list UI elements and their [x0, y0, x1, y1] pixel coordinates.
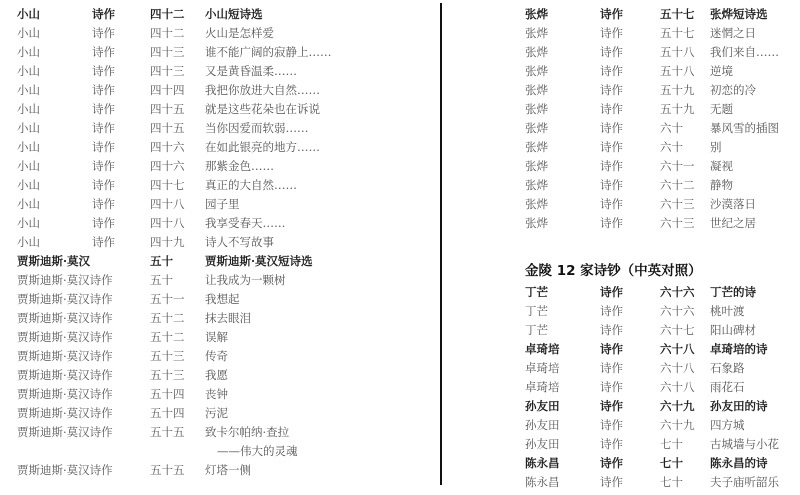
toc-row: 小山诗作四十四我把你放进大自然…… [17, 81, 417, 100]
page-number: 七十 [660, 435, 683, 454]
title-cell: 真正的大自然…… [205, 176, 297, 195]
page-number: 五十三 [150, 347, 185, 366]
work-cell: 诗作 [92, 100, 115, 119]
toc-row: 小山诗作四十二火山是怎样爱 [17, 24, 417, 43]
title-cell: 阳山碑材 [710, 321, 756, 340]
title-cell: 误解 [205, 328, 228, 347]
toc-row: 小山诗作四十七真正的大自然…… [17, 176, 417, 195]
toc-row: 张烨诗作五十八我们来自…… [525, 43, 800, 62]
toc-row: 丁芒诗作六十六桃叶渡 [525, 302, 800, 321]
work-cell: 诗作 [600, 81, 623, 100]
toc-row: 贾斯迪斯·莫汉诗作五十二抹去眼泪 [17, 309, 417, 328]
page-number: 五十八 [660, 43, 695, 62]
author-cell: 张烨 [525, 100, 548, 119]
page-number: 七十 [660, 473, 683, 492]
page-number: 五十二 [150, 328, 185, 347]
page-number: 五十七 [660, 24, 695, 43]
author-cell: 贾斯迪斯·莫汉诗作 [17, 309, 113, 328]
page-number: 五十 [150, 271, 173, 290]
toc-row: 贾斯迪斯·莫汉诗作五十让我成为一颗树 [17, 271, 417, 290]
page-number: 六十二 [660, 176, 695, 195]
title-cell: 孙友田的诗 [710, 397, 768, 416]
title-cell: 贾斯迪斯·莫汉短诗选 [205, 252, 313, 271]
work-cell: 诗作 [600, 283, 623, 302]
title-cell: 谁不能广阔的寂静上…… [205, 43, 332, 62]
work-cell: 诗作 [92, 157, 115, 176]
work-cell: 诗作 [600, 454, 623, 473]
title-cell: 传奇 [205, 347, 228, 366]
toc-row: 小山诗作四十九诗人不写故事 [17, 233, 417, 252]
title-cell: 别 [710, 138, 722, 157]
work-cell: 诗作 [600, 195, 623, 214]
toc-row: 贾斯迪斯·莫汉诗作五十四污泥 [17, 404, 417, 423]
page-number: 六十 [660, 138, 683, 157]
title-cell: 迷惘之日 [710, 24, 756, 43]
author-cell: 张烨 [525, 81, 548, 100]
title-cell: 桃叶渡 [710, 302, 745, 321]
author-cell: 丁芒 [525, 321, 548, 340]
title-cell: 卓琦培的诗 [710, 340, 768, 359]
work-cell: 诗作 [600, 378, 623, 397]
title-cell: 污泥 [205, 404, 228, 423]
toc-row: 孙友田诗作七十古城墙与小花 [525, 435, 800, 454]
page-number: 四十四 [150, 81, 185, 100]
page-number: 五十九 [660, 81, 695, 100]
author-cell: 孙友田 [525, 435, 560, 454]
work-cell: 诗作 [92, 5, 115, 24]
page-number: 五十三 [150, 366, 185, 385]
page-number: 六十九 [660, 416, 695, 435]
author-cell: 张烨 [525, 195, 548, 214]
title-cell: 静物 [710, 176, 733, 195]
toc-row: 张烨诗作六十一凝视 [525, 157, 800, 176]
work-cell: 诗作 [600, 24, 623, 43]
work-cell: 诗作 [600, 473, 623, 492]
author-cell: 孙友田 [525, 397, 560, 416]
author-cell: 贾斯迪斯·莫汉诗作 [17, 461, 113, 480]
author-cell: 小山 [17, 24, 40, 43]
page-number: 四十二 [150, 24, 185, 43]
section-jinling: 丁芒诗作六十六丁芒的诗丁芒诗作六十六桃叶渡丁芒诗作六十七阳山碑材卓琦培诗作六十八… [525, 283, 800, 492]
author-cell: 陈永昌 [525, 454, 560, 473]
toc-row: 张烨诗作六十别 [525, 138, 800, 157]
work-cell: 诗作 [600, 435, 623, 454]
title-cell: 四方城 [710, 416, 745, 435]
page-number: 五十四 [150, 385, 185, 404]
title-cell: 暴风雪的插图 [710, 119, 779, 138]
work-cell: 诗作 [600, 157, 623, 176]
author-cell: 贾斯迪斯·莫汉诗作 [17, 347, 113, 366]
title-cell: 逆境 [710, 62, 733, 81]
title-cell: 那紫金色…… [205, 157, 274, 176]
title-cell: 抹去眼泪 [205, 309, 251, 328]
page-number: 六十八 [660, 378, 695, 397]
title-cell: 火山是怎样爱 [205, 24, 274, 43]
toc-section-row: 丁芒诗作六十六丁芒的诗 [525, 283, 800, 302]
author-cell: 小山 [17, 5, 40, 24]
author-cell: 小山 [17, 195, 40, 214]
toc-row: 孙友田诗作六十九四方城 [525, 416, 800, 435]
toc-row: 小山诗作四十八园子里 [17, 195, 417, 214]
author-cell: 小山 [17, 119, 40, 138]
title-cell: 我享受春天…… [205, 214, 286, 233]
page-number: 六十八 [660, 340, 695, 359]
author-cell: 张烨 [525, 214, 548, 233]
toc-row: 贾斯迪斯·莫汉诗作五十五致卡尔帕纳·查拉 [17, 423, 417, 442]
page-number: 四十八 [150, 214, 185, 233]
toc-row: 卓琦培诗作六十八雨花石 [525, 378, 800, 397]
work-cell: 诗作 [92, 43, 115, 62]
title-cell: 初恋的冷 [710, 81, 756, 100]
section-zhang-ye: 张烨诗作五十七张烨短诗选张烨诗作五十七迷惘之日张烨诗作五十八我们来自……张烨诗作… [525, 5, 800, 233]
author-cell: 小山 [17, 176, 40, 195]
page-number: 五十五 [150, 461, 185, 480]
title-cell: 又是黄昏温柔…… [205, 62, 297, 81]
author-cell: 贾斯迪斯·莫汉诗作 [17, 385, 113, 404]
title-cell: ——伟大的灵魂 [217, 442, 298, 461]
page-number: 六十六 [660, 302, 695, 321]
work-cell: 诗作 [600, 321, 623, 340]
title-cell: 石象路 [710, 359, 745, 378]
page-number: 五十 [150, 252, 173, 271]
title-cell: 凝视 [710, 157, 733, 176]
author-cell: 张烨 [525, 176, 548, 195]
toc-row: 贾斯迪斯·莫汉诗作五十四丧钟 [17, 385, 417, 404]
title-cell: 我把你放进大自然…… [205, 81, 320, 100]
author-cell: 张烨 [525, 138, 548, 157]
page-number: 五十一 [150, 290, 185, 309]
author-cell: 卓琦培 [525, 359, 560, 378]
author-cell: 小山 [17, 81, 40, 100]
toc-row: 贾斯迪斯·莫汉诗作五十二误解 [17, 328, 417, 347]
toc-row: 贾斯迪斯·莫汉诗作五十一我想起 [17, 290, 417, 309]
author-cell: 小山 [17, 233, 40, 252]
page-number: 七十 [660, 454, 683, 473]
title-cell: 无题 [710, 100, 733, 119]
author-cell: 贾斯迪斯·莫汉 [17, 252, 90, 271]
page-number: 六十一 [660, 157, 695, 176]
work-cell: 诗作 [92, 138, 115, 157]
work-cell: 诗作 [600, 340, 623, 359]
author-cell: 贾斯迪斯·莫汉诗作 [17, 290, 113, 309]
toc-row: 陈永昌诗作七十夫子庙听韶乐 [525, 473, 800, 492]
toc-section-row: 贾斯迪斯·莫汉五十贾斯迪斯·莫汉短诗选 [17, 252, 417, 271]
title-cell: 我愿 [205, 366, 228, 385]
toc-section-row: 小山诗作四十二小山短诗选 [17, 5, 417, 24]
title-cell: 园子里 [205, 195, 240, 214]
page-number: 六十 [660, 119, 683, 138]
title-cell: 小山短诗选 [205, 5, 263, 24]
author-cell: 孙友田 [525, 416, 560, 435]
toc-row: 张烨诗作六十三世纪之居 [525, 214, 800, 233]
title-cell: 世纪之居 [710, 214, 756, 233]
author-cell: 张烨 [525, 24, 548, 43]
toc-row: 张烨诗作六十三沙漠落日 [525, 195, 800, 214]
page-number: 六十三 [660, 214, 695, 233]
author-cell: 小山 [17, 100, 40, 119]
title-cell: 沙漠落日 [710, 195, 756, 214]
toc-row: 小山诗作四十三又是黄昏温柔…… [17, 62, 417, 81]
title-cell: 张烨短诗选 [710, 5, 768, 24]
toc-row: 小山诗作四十六那紫金色…… [17, 157, 417, 176]
work-cell: 诗作 [600, 43, 623, 62]
title-cell: 丁芒的诗 [710, 283, 756, 302]
title-cell: 让我成为一颗树 [205, 271, 286, 290]
page-number: 五十四 [150, 404, 185, 423]
toc-row: 小山诗作四十六在如此银亮的地方…… [17, 138, 417, 157]
title-cell: 丧钟 [205, 385, 228, 404]
author-cell: 贾斯迪斯·莫汉诗作 [17, 404, 113, 423]
work-cell: 诗作 [92, 176, 115, 195]
page-number: 六十三 [660, 195, 695, 214]
author-cell: 张烨 [525, 62, 548, 81]
author-cell: 丁芒 [525, 302, 548, 321]
author-cell: 张烨 [525, 5, 548, 24]
author-cell: 贾斯迪斯·莫汉诗作 [17, 271, 113, 290]
title-cell: 当你因爱而软弱…… [205, 119, 309, 138]
page-number: 四十九 [150, 233, 185, 252]
right-column: 张烨诗作五十七张烨短诗选张烨诗作五十七迷惘之日张烨诗作五十八我们来自……张烨诗作… [525, 5, 800, 492]
page-number: 四十六 [150, 157, 185, 176]
title-cell: 我想起 [205, 290, 240, 309]
work-cell: 诗作 [600, 397, 623, 416]
column-divider [440, 3, 442, 485]
work-cell: 诗作 [92, 195, 115, 214]
toc-row: 张烨诗作五十七迷惘之日 [525, 24, 800, 43]
toc-row: ——伟大的灵魂 [17, 442, 417, 461]
page-number: 四十二 [150, 5, 185, 24]
toc-row: 小山诗作四十三谁不能广阔的寂静上…… [17, 43, 417, 62]
page-number: 四十六 [150, 138, 185, 157]
work-cell: 诗作 [600, 119, 623, 138]
work-cell: 诗作 [600, 359, 623, 378]
work-cell: 诗作 [600, 62, 623, 81]
title-cell: 诗人不写故事 [205, 233, 274, 252]
title-cell: 古城墙与小花 [710, 435, 779, 454]
author-cell: 小山 [17, 214, 40, 233]
page-number: 六十九 [660, 397, 695, 416]
work-cell: 诗作 [92, 119, 115, 138]
page-number: 四十七 [150, 176, 185, 195]
work-cell: 诗作 [600, 302, 623, 321]
author-cell: 张烨 [525, 119, 548, 138]
toc-row: 张烨诗作五十九无题 [525, 100, 800, 119]
toc-row: 小山诗作四十五当你因爱而软弱…… [17, 119, 417, 138]
page-number: 六十八 [660, 359, 695, 378]
title-cell: 雨花石 [710, 378, 745, 397]
toc-section-row: 孙友田诗作六十九孙友田的诗 [525, 397, 800, 416]
work-cell: 诗作 [92, 62, 115, 81]
author-cell: 卓琦培 [525, 340, 560, 359]
left-column: 小山诗作四十二小山短诗选小山诗作四十二火山是怎样爱小山诗作四十三谁不能广阔的寂静… [17, 5, 417, 480]
page-number: 四十三 [150, 62, 185, 81]
work-cell: 诗作 [600, 138, 623, 157]
title-cell: 夫子庙听韶乐 [710, 473, 779, 492]
toc-row: 张烨诗作六十暴风雪的插图 [525, 119, 800, 138]
toc-row: 贾斯迪斯·莫汉诗作五十三我愿 [17, 366, 417, 385]
work-cell: 诗作 [600, 5, 623, 24]
work-cell: 诗作 [92, 233, 115, 252]
title-cell: 致卡尔帕纳·查拉 [205, 423, 289, 442]
author-cell: 陈永昌 [525, 473, 560, 492]
page-number: 六十六 [660, 283, 695, 302]
author-cell: 小山 [17, 157, 40, 176]
author-cell: 张烨 [525, 157, 548, 176]
work-cell: 诗作 [92, 214, 115, 233]
author-cell: 贾斯迪斯·莫汉诗作 [17, 423, 113, 442]
author-cell: 丁芒 [525, 283, 548, 302]
page-number: 五十九 [660, 100, 695, 119]
author-cell: 小山 [17, 138, 40, 157]
toc-section-row: 张烨诗作五十七张烨短诗选 [525, 5, 800, 24]
author-cell: 贾斯迪斯·莫汉诗作 [17, 328, 113, 347]
author-cell: 贾斯迪斯·莫汉诗作 [17, 366, 113, 385]
page-number: 四十五 [150, 100, 185, 119]
toc-row: 贾斯迪斯·莫汉诗作五十三传奇 [17, 347, 417, 366]
title-cell: 我们来自…… [710, 43, 779, 62]
work-cell: 诗作 [600, 176, 623, 195]
author-cell: 小山 [17, 43, 40, 62]
toc-row: 张烨诗作六十二静物 [525, 176, 800, 195]
toc-row: 贾斯迪斯·莫汉诗作五十五灯塔一侧 [17, 461, 417, 480]
toc-row: 丁芒诗作六十七阳山碑材 [525, 321, 800, 340]
title-cell: 灯塔一侧 [205, 461, 251, 480]
work-cell: 诗作 [92, 81, 115, 100]
work-cell: 诗作 [600, 214, 623, 233]
author-cell: 张烨 [525, 43, 548, 62]
work-cell: 诗作 [600, 416, 623, 435]
author-cell: 小山 [17, 62, 40, 81]
work-cell: 诗作 [92, 24, 115, 43]
toc-row: 小山诗作四十八我享受春天…… [17, 214, 417, 233]
toc-section-row: 卓琦培诗作六十八卓琦培的诗 [525, 340, 800, 359]
toc-row: 卓琦培诗作六十八石象路 [525, 359, 800, 378]
work-cell: 诗作 [600, 100, 623, 119]
toc-row: 张烨诗作五十八逆境 [525, 62, 800, 81]
page-number: 四十五 [150, 119, 185, 138]
title-cell: 就是这些花朵也在诉说 [205, 100, 320, 119]
toc-row: 张烨诗作五十九初恋的冷 [525, 81, 800, 100]
author-cell: 卓琦培 [525, 378, 560, 397]
page-number: 六十七 [660, 321, 695, 340]
section-heading: 金陵 12 家诗钞（中英对照） [525, 259, 800, 283]
title-cell: 在如此银亮的地方…… [205, 138, 320, 157]
toc-section-row: 陈永昌诗作七十陈永昌的诗 [525, 454, 800, 473]
page-number: 五十八 [660, 62, 695, 81]
page-number: 五十五 [150, 423, 185, 442]
page-number: 四十八 [150, 195, 185, 214]
page-number: 五十二 [150, 309, 185, 328]
page-number: 四十三 [150, 43, 185, 62]
title-cell: 陈永昌的诗 [710, 454, 768, 473]
page-number: 五十七 [660, 5, 695, 24]
toc-row: 小山诗作四十五就是这些花朵也在诉说 [17, 100, 417, 119]
